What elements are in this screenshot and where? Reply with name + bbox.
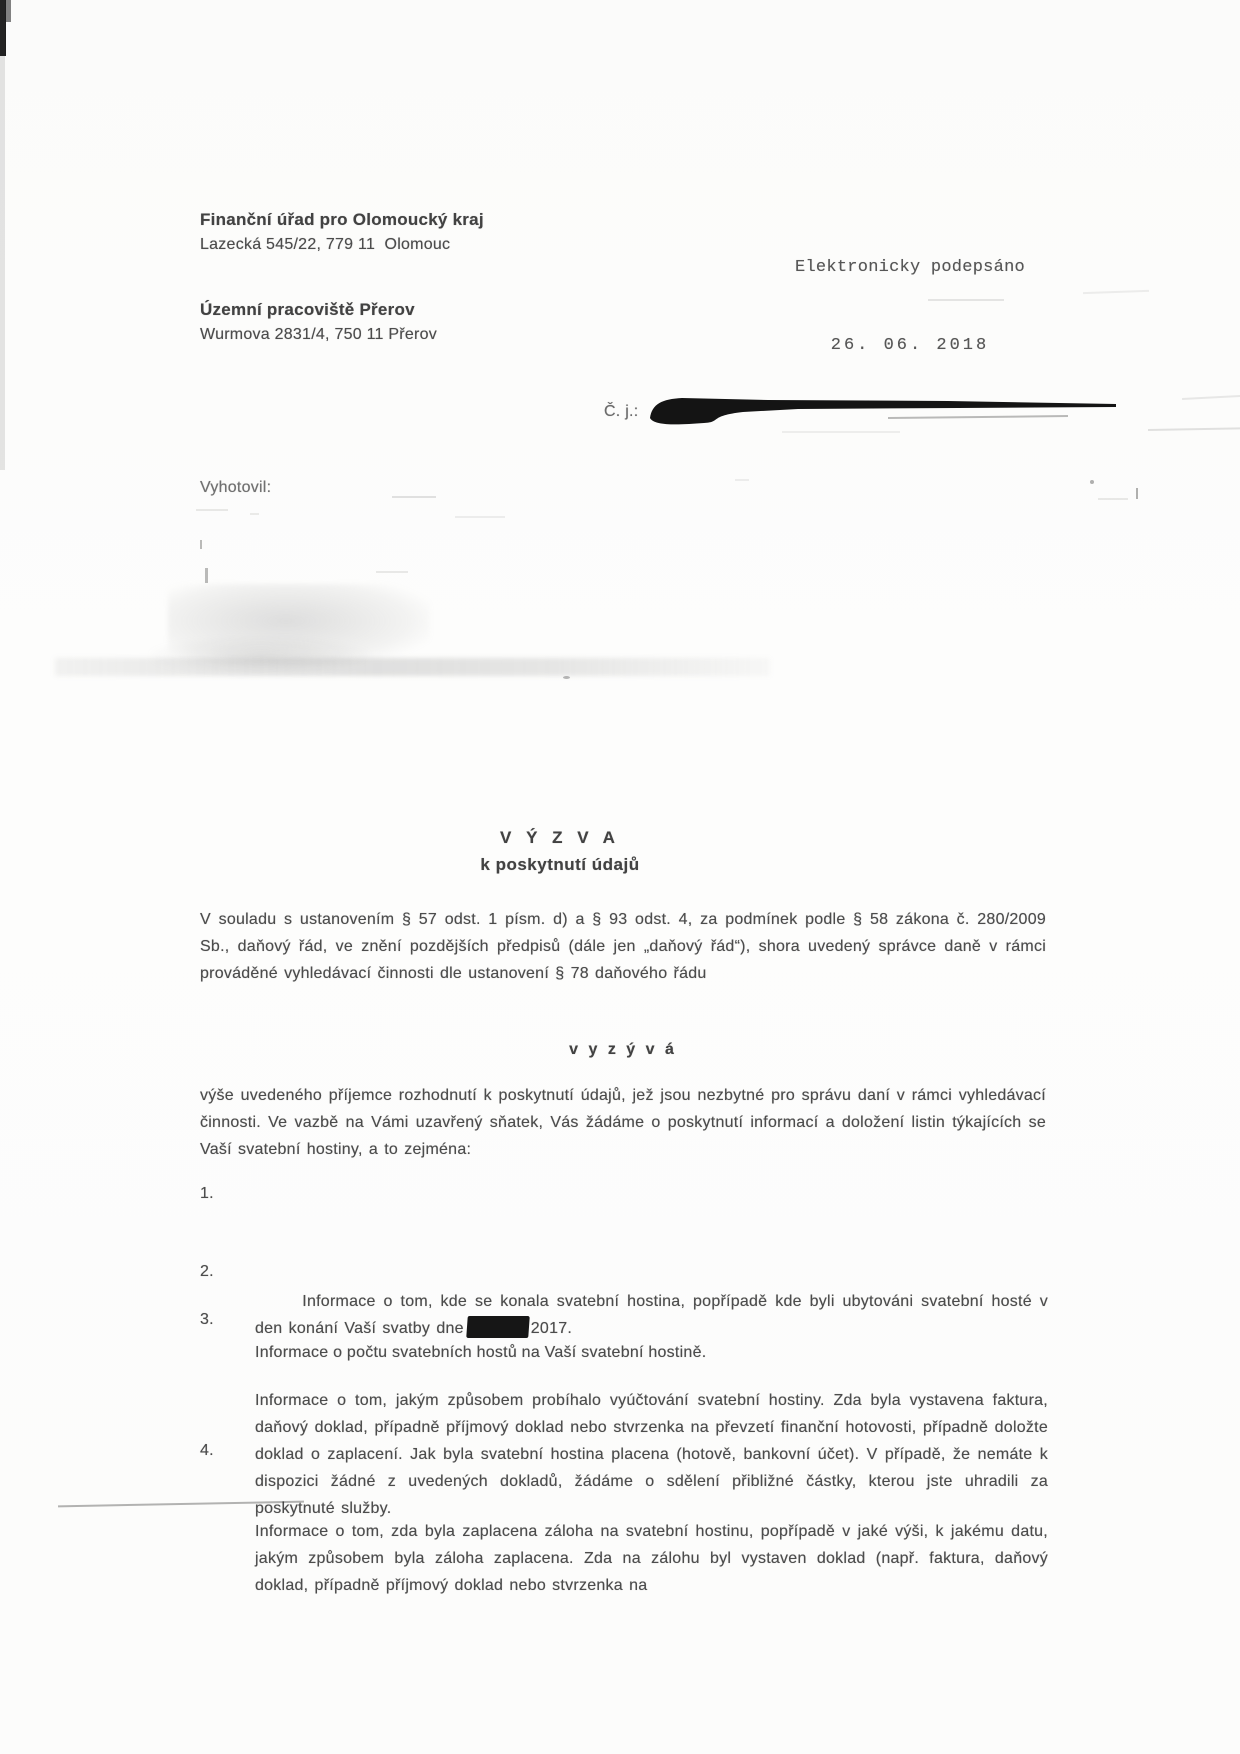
scan-artifact (376, 571, 408, 573)
esign-stamp-date: 26. 06. 2018 (755, 333, 1065, 359)
request-paragraph: výše uvedeného příjemce rozhodnutí k pos… (200, 1082, 1046, 1163)
esign-stamp: Elektronicky podepsáno 26. 06. 2018 (755, 203, 1065, 411)
scan-artifact (392, 496, 436, 498)
scan-artifact (200, 540, 202, 549)
scan-artifact (250, 513, 259, 515)
scan-artifact (5, 0, 11, 22)
summons-word: v y z ý v á (200, 1036, 1046, 1063)
scan-artifact (1136, 488, 1138, 499)
scanned-letter-page: Finanční úřad pro Olomoucký kraj Lazecká… (0, 0, 1240, 1754)
scan-artifact (196, 509, 228, 511)
branch-address: Wurmova 2831/4, 750 11 Přerov (200, 321, 437, 348)
scan-artifact (1083, 290, 1149, 294)
scan-artifact (563, 676, 570, 679)
scan-artifact (455, 516, 505, 518)
scan-artifact (1098, 498, 1128, 500)
scan-artifact (0, 0, 6, 56)
list-item-number: 3. (200, 1306, 214, 1333)
branch-name: Územní pracoviště Přerov (200, 296, 415, 323)
sender-office-address: Lazecká 545/22, 779 11 Olomouc (200, 231, 450, 258)
intro-paragraph: V souladu s ustanovením § 57 odst. 1 pís… (200, 906, 1046, 987)
scan-artifact (1090, 480, 1094, 484)
document-subtitle: k poskytnutí údajů (180, 851, 940, 878)
document-title: V Ý Z V A (180, 824, 940, 851)
list-item-number: 2. (200, 1258, 214, 1285)
scan-artifact (735, 479, 749, 481)
list-item-text: Informace o tom, zda byla zaplacena zálo… (255, 1518, 1048, 1599)
scan-artifact (782, 431, 900, 433)
scan-artifact (205, 568, 208, 583)
sender-office-name: Finanční úřad pro Olomoucký kraj (200, 206, 484, 233)
author-label: Vyhotovil: (200, 474, 271, 501)
erased-block (168, 584, 430, 666)
list-item: 4. Informace o tom, zda byla zaplacena z… (200, 1437, 1048, 1653)
erased-block (150, 636, 370, 676)
scan-artifact (1148, 427, 1240, 431)
esign-stamp-text: Elektronicky podepsáno (755, 255, 1065, 281)
list-item-number: 4. (200, 1437, 214, 1464)
list-item-number: 1. (200, 1180, 214, 1207)
scan-artifact (55, 658, 770, 676)
scan-artifact (1182, 394, 1240, 400)
ref-number-label: Č. j.: (604, 398, 638, 425)
scan-artifact (0, 0, 5, 470)
